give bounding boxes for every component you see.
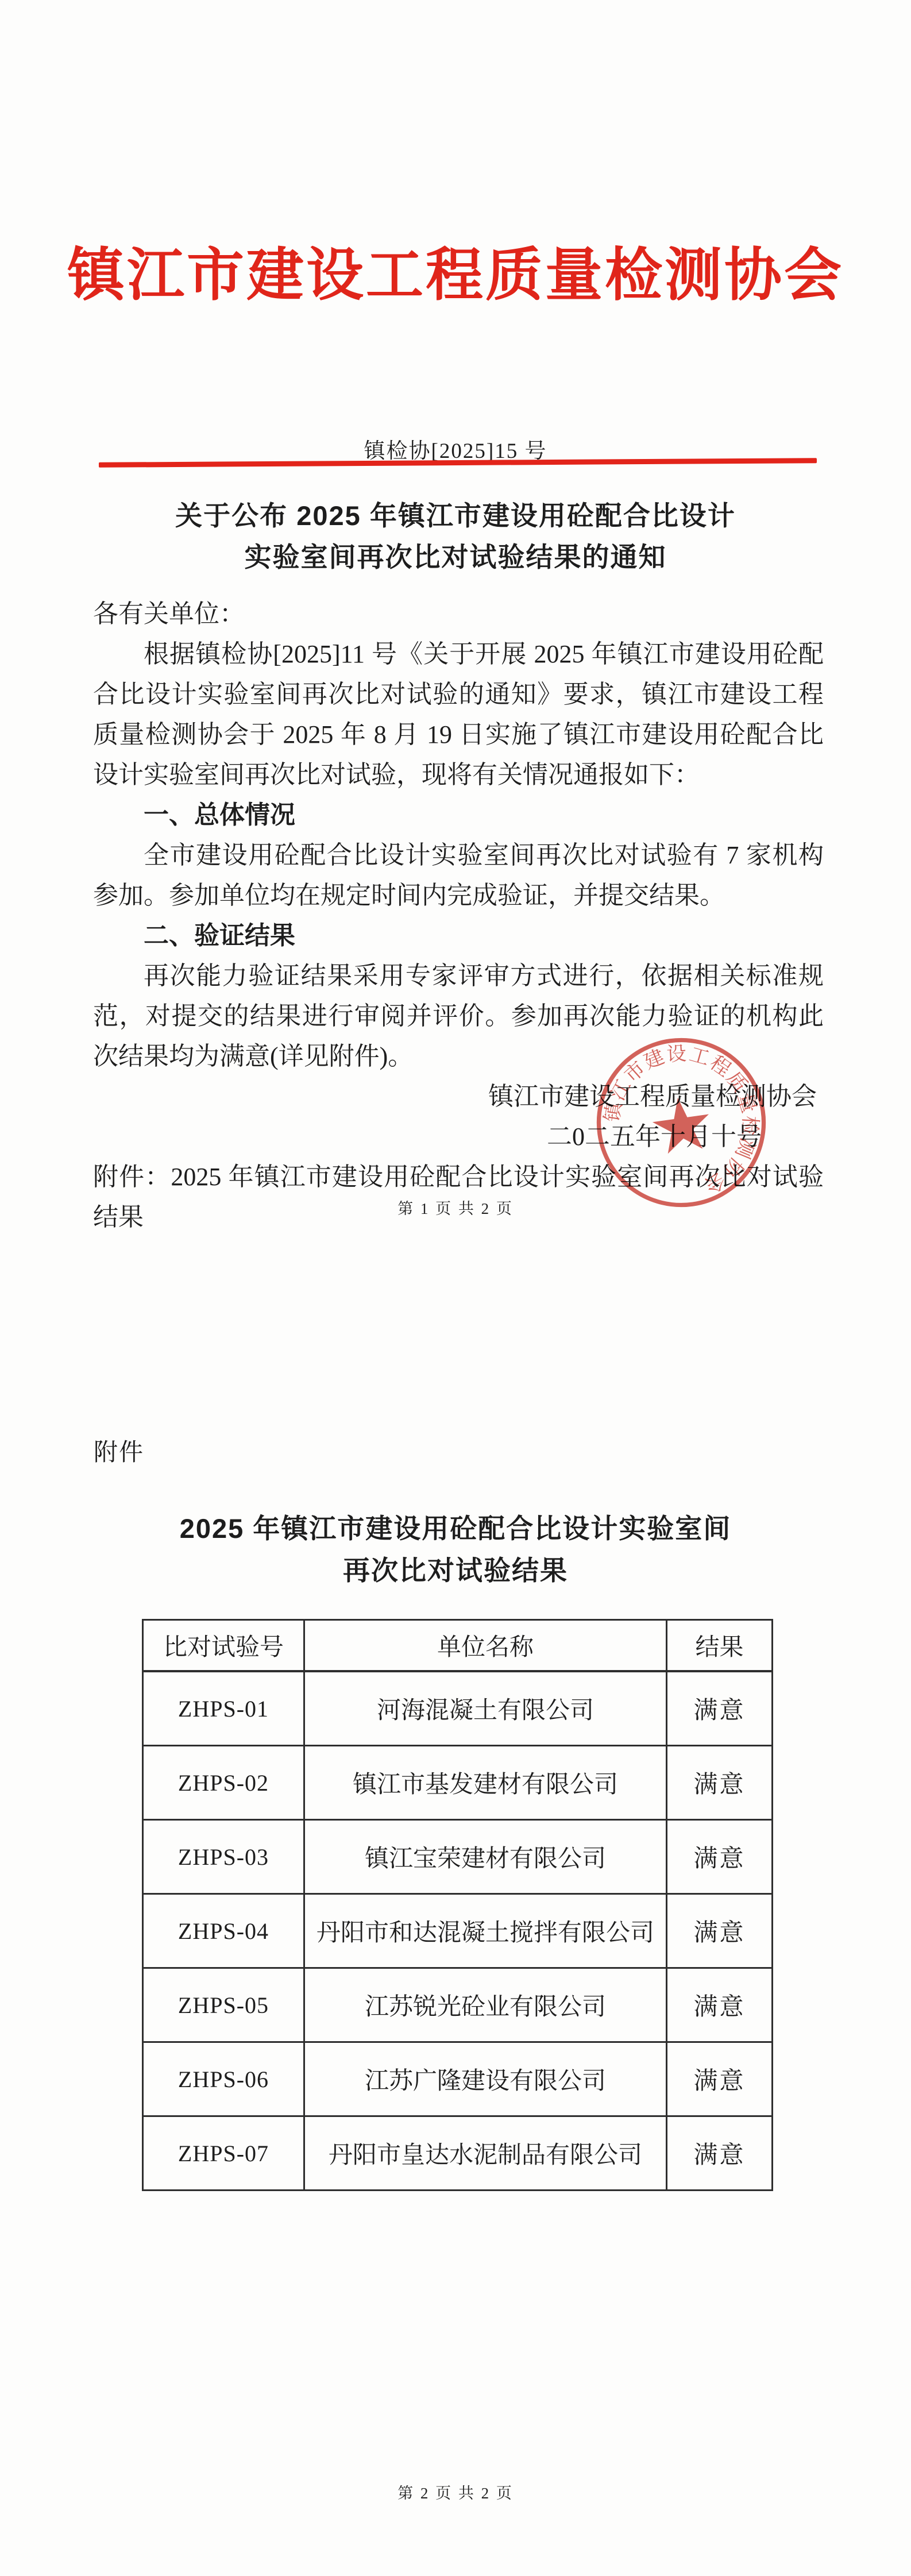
- test-id-cell: ZHPS-07: [143, 2116, 304, 2191]
- seal-star-icon: [650, 1094, 713, 1155]
- test-id-cell: ZHPS-02: [143, 1746, 304, 1820]
- table-row: ZHPS-02 镇江市基发建材有限公司 满意: [143, 1746, 773, 1820]
- unit-name-cell: 江苏广隆建设有限公司: [304, 2042, 667, 2116]
- result-cell: 满意: [667, 2116, 773, 2191]
- organization-title: 镇江市建设工程质量检测协会: [0, 241, 911, 310]
- unit-name-cell: 丹阳市皇达水泥制品有限公司: [304, 2116, 667, 2191]
- seal-graphic: 镇江市建设工程质量检测协会: [580, 1021, 782, 1224]
- official-seal-stamp: 镇江市建设工程质量检测协会: [580, 1021, 782, 1224]
- notice-title: 关于公布 2025 年镇江市建设用砼配合比设计 实验室间再次比对试验结果的通知: [0, 495, 911, 578]
- scanned-document: 镇江市建设工程质量检测协会 镇检协[2025]15 号 关于公布 2025 年镇…: [0, 0, 911, 2576]
- results-table: 比对试验号 单位名称 结果 ZHPS-01 河海混凝土有限公司 满意 ZHPS-…: [142, 1619, 773, 2191]
- results-table-container: 比对试验号 单位名称 结果 ZHPS-01 河海混凝土有限公司 满意 ZHPS-…: [142, 1619, 771, 2191]
- result-cell: 满意: [667, 1968, 773, 2042]
- attachment-title-line1: 2025 年镇江市建设用砼配合比设计实验室间: [0, 1507, 911, 1549]
- paragraph-basis: 根据镇检协[2025]11 号《关于开展 2025 年镇江市建设用砼配合比设计实…: [93, 634, 824, 795]
- table-row: ZHPS-06 江苏广隆建设有限公司 满意: [143, 2042, 773, 2116]
- page-1-footer: 第 1 页 共 2 页: [0, 1196, 911, 1218]
- test-id-cell: ZHPS-05: [143, 1968, 304, 2042]
- unit-name-cell: 镇江宝荣建材有限公司: [304, 1820, 667, 1894]
- test-id-cell: ZHPS-04: [143, 1894, 304, 1968]
- unit-name-cell: 镇江市基发建材有限公司: [304, 1746, 667, 1820]
- section-1-heading: 一、总体情况: [93, 795, 824, 835]
- result-cell: 满意: [667, 1820, 773, 1894]
- result-cell: 满意: [667, 1746, 773, 1820]
- notice-title-line1: 关于公布 2025 年镇江市建设用砼配合比设计: [0, 495, 911, 537]
- attachment-title: 2025 年镇江市建设用砼配合比设计实验室间 再次比对试验结果: [0, 1507, 911, 1591]
- unit-name-cell: 丹阳市和达混凝土搅拌有限公司: [304, 1894, 667, 1968]
- result-cell: 满意: [667, 1894, 773, 1968]
- section-2-heading: 二、验证结果: [93, 916, 824, 956]
- header-test-id: 比对试验号: [143, 1620, 304, 1672]
- table-row: ZHPS-05 江苏锐光砼业有限公司 满意: [143, 1968, 773, 2042]
- attachment-title-line2: 再次比对试验结果: [0, 1549, 911, 1591]
- salutation: 各有关单位：: [93, 594, 824, 634]
- attachment-label: 附件: [94, 1433, 144, 1468]
- section-1-paragraph: 全市建设用砼配合比设计实验室间再次比对试验有 7 家机构参加。参加单位均在规定时…: [93, 835, 824, 916]
- test-id-cell: ZHPS-03: [143, 1820, 304, 1894]
- table-row: ZHPS-04 丹阳市和达混凝土搅拌有限公司 满意: [143, 1894, 773, 1968]
- header-unit-name: 单位名称: [304, 1620, 667, 1672]
- result-cell: 满意: [667, 2042, 773, 2116]
- table-header-row: 比对试验号 单位名称 结果: [143, 1620, 773, 1672]
- test-id-cell: ZHPS-06: [143, 2042, 304, 2116]
- result-cell: 满意: [667, 1671, 773, 1746]
- table-row: ZHPS-01 河海混凝土有限公司 满意: [143, 1671, 773, 1746]
- page-2-footer: 第 2 页 共 2 页: [0, 2481, 911, 2503]
- unit-name-cell: 河海混凝土有限公司: [304, 1671, 667, 1746]
- table-row: ZHPS-03 镇江宝荣建材有限公司 满意: [143, 1820, 773, 1894]
- header-result: 结果: [667, 1620, 773, 1672]
- test-id-cell: ZHPS-01: [143, 1671, 304, 1746]
- table-row: ZHPS-07 丹阳市皇达水泥制品有限公司 满意: [143, 2116, 773, 2191]
- unit-name-cell: 江苏锐光砼业有限公司: [304, 1968, 667, 2042]
- notice-title-line2: 实验室间再次比对试验结果的通知: [0, 537, 911, 578]
